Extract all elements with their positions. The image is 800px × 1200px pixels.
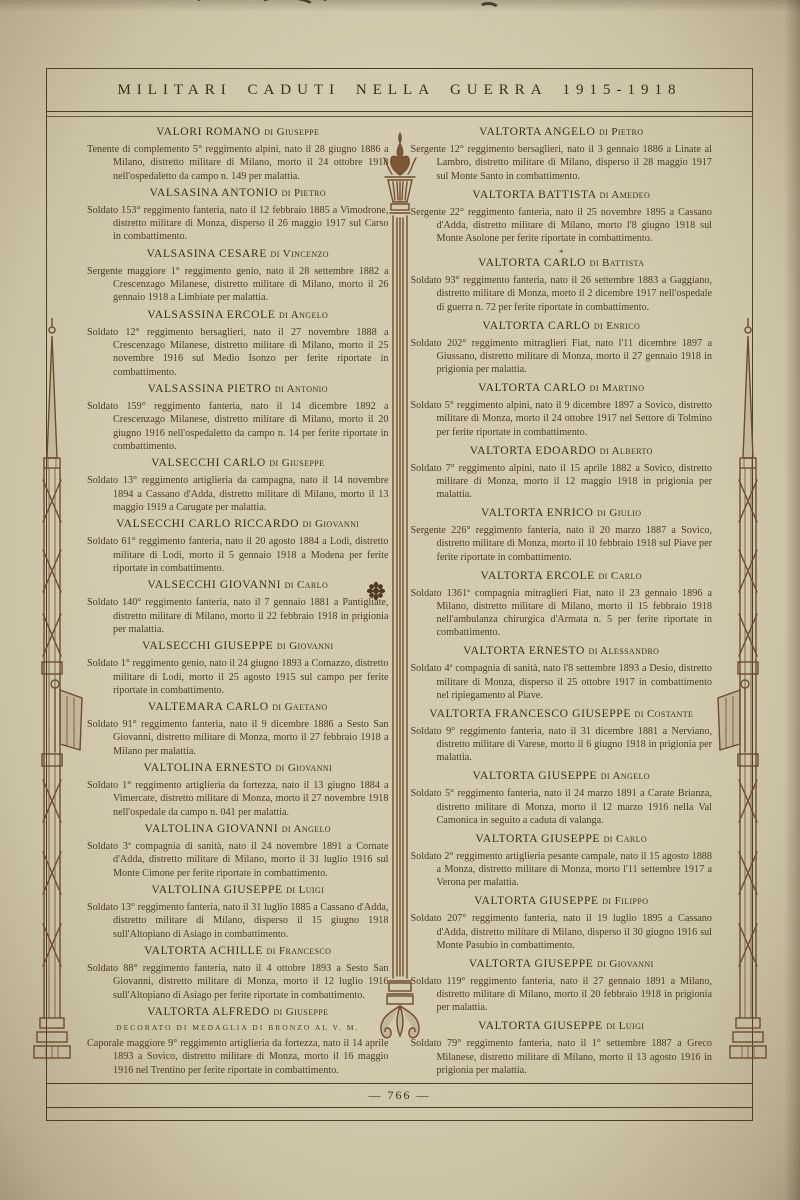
entry-heading: VALTORTA GIUSEPPE di Luigi	[411, 1019, 713, 1032]
entry-body-text: Soldato 2° reggimento artiglieria pesant…	[411, 850, 713, 890]
memorial-entry: VALTORTA ACHILLE di Francesco Soldato 88…	[87, 944, 389, 1002]
entry-body-text: Soldato 88° reggimento fanteria, nato il…	[87, 962, 389, 1002]
entry-body-text: Soldato 1° reggimento artiglieria da for…	[87, 779, 389, 819]
entry-body-text: Tenente di complemento 5° reggimento alp…	[87, 143, 389, 183]
memorial-entry: VALTORTA CARLO di Martino Soldato 5° reg…	[411, 381, 713, 439]
soldier-patronym: di Antonio	[275, 383, 328, 395]
page-border-frame: MILITARI CADUTI NELLA GUERRA 1915-1918 V…	[46, 68, 753, 1121]
entry-heading: VALTORTA ERCOLE di Carlo	[411, 569, 713, 582]
soldier-name: VALSASSINA PIETRO	[148, 382, 275, 395]
soldier-patronym: di Giuseppe	[269, 457, 324, 469]
entry-heading: VALTORTA ERNESTO di Alessandro	[411, 644, 713, 657]
soldier-name: VALSECCHI CARLO	[151, 456, 269, 469]
entry-heading: VALTORTA GIUSEPPE di Giovanni	[411, 957, 713, 970]
soldier-patronym: di Costante	[635, 708, 694, 720]
soldier-patronym: di Filippo	[602, 895, 648, 907]
soldier-patronym: di Giuseppe	[264, 126, 319, 138]
entry-body-text: Sergente 22° reggimento fanteria, nato i…	[411, 206, 713, 246]
memorial-entry: * VALTORTA CARLO di Battista Soldato 93°…	[411, 250, 713, 314]
soldier-patronym: di Vincenzo	[271, 248, 329, 260]
entry-body-text: Soldato 159° reggimento fanteria, nato i…	[87, 400, 389, 453]
entry-heading: VALTOLINA GIUSEPPE di Luigi	[87, 883, 389, 896]
soldier-name: VALTORTA ERNESTO	[463, 644, 588, 657]
entry-body-text: Sergente 12° reggimento bersaglieri, nat…	[411, 143, 713, 183]
memorial-entry: VALTORTA BATTISTA di Amedeo Sergente 22°…	[411, 188, 713, 246]
soldier-patronym: di Angelo	[601, 770, 650, 782]
memorial-entry: VALTOLINA ERNESTO di Giovanni Soldato 1°…	[87, 761, 389, 819]
entry-heading: VALSECCHI CARLO RICCARDO di Giovanni	[87, 517, 389, 530]
soldier-name: VALTOLINA GIUSEPPE	[151, 883, 286, 896]
entry-body-text: Sergente maggiore 1° reggimento genio, n…	[87, 265, 389, 305]
entry-body-text: Soldato 207° reggimento fanteria, nato i…	[411, 912, 713, 952]
soldier-patronym: di Giovanni	[277, 640, 334, 652]
entry-body-text: Soldato 13° reggimento fanteria, nato il…	[87, 901, 389, 941]
entry-body-text: Soldato 61° reggimento fanteria, nato il…	[87, 535, 389, 575]
entry-heading: VALTORTA ENRICO di Giulio	[411, 506, 713, 519]
memorial-entry: VALTORTA ERCOLE di Carlo Soldato 1361ª c…	[411, 569, 713, 640]
soldier-patronym: di Carlo	[604, 833, 648, 845]
memorial-entry: VALSECCHI GIOVANNI di Carlo Soldato 140°…	[87, 578, 389, 636]
soldier-name: VALTORTA BATTISTA	[472, 188, 599, 201]
entry-heading: VALTORTA CARLO di Martino	[411, 381, 713, 394]
soldier-patronym: di Battista	[590, 257, 645, 269]
entry-heading: VALSASSINA ERCOLE di Angelo	[87, 308, 389, 321]
memorial-entry: VALTORTA GIUSEPPE di Carlo Soldato 2° re…	[411, 832, 713, 890]
entry-heading: VALTORTA EDOARDO di Alberto	[411, 444, 713, 457]
soldier-name: VALSASSINA ERCOLE	[147, 308, 279, 321]
soldier-name: VALORI ROMANO	[156, 125, 264, 138]
soldier-patronym: di Angelo	[282, 823, 331, 835]
soldier-patronym: di Martino	[590, 382, 645, 394]
soldier-name: VALSECCHI GIOVANNI	[147, 578, 284, 591]
soldier-patronym: di Francesco	[267, 945, 332, 957]
soldier-name: VALSECCHI CARLO RICCARDO	[116, 517, 302, 530]
soldier-patronym: di Pietro	[282, 187, 326, 199]
entry-heading: VALTOLINA GIOVANNI di Angelo	[87, 822, 389, 835]
soldier-name: VALTORTA GIUSEPPE	[469, 957, 597, 970]
soldier-name: VALTORTA GIUSEPPE	[478, 1019, 606, 1032]
scanned-book-page: MILITARI CADUTI NELLA GUERRA 1915-1918 V…	[0, 0, 800, 1200]
memorial-entry: VALTORTA ANGELO di Pietro Sergente 12° r…	[411, 125, 713, 183]
soldier-patronym: di Giuseppe	[273, 1006, 328, 1018]
entry-body-text: Soldato 4ª compagnia di sanità, nato l'8…	[411, 662, 713, 702]
two-column-content: VALORI ROMANO di Giuseppe Tenente di com…	[87, 125, 712, 1077]
entry-body-text: Soldato 9° reggimento fanteria, nato il …	[411, 725, 713, 765]
soldier-name: VALTORTA GIUSEPPE	[475, 832, 603, 845]
soldier-patronym: di Carlo	[285, 579, 329, 591]
entry-heading: VALTORTA GIUSEPPE di Carlo	[411, 832, 713, 845]
soldier-name: VALTORTA CARLO	[478, 256, 590, 269]
entry-heading: VALTORTA GIUSEPPE di Filippo	[411, 894, 713, 907]
memorial-entry: VALSECCHI CARLO di Giuseppe Soldato 13° …	[87, 456, 389, 514]
soldier-name: VALSASINA CESARE	[147, 247, 271, 260]
entry-heading: VALSASINA ANTONIO di Pietro	[87, 186, 389, 199]
soldier-name: VALTORTA GIUSEPPE	[474, 894, 602, 907]
memorial-entry: VALSASSINA ERCOLE di Angelo Soldato 12° …	[87, 308, 389, 379]
entry-heading: VALTEMARA CARLO di Gaetano	[87, 700, 389, 713]
memorial-entry: VALTOLINA GIOVANNI di Angelo Soldato 3ª …	[87, 822, 389, 880]
soldier-name: VALSASINA ANTONIO	[149, 186, 281, 199]
soldier-name: VALTORTA FRANCESCO GIUSEPPE	[429, 707, 634, 720]
soldier-name: VALTORTA GIUSEPPE	[473, 769, 601, 782]
memorial-entry: VALTORTA GIUSEPPE di Filippo Soldato 207…	[411, 894, 713, 952]
right-column: VALTORTA ANGELO di Pietro Sergente 12° r…	[411, 125, 713, 1077]
entry-body-text: Soldato 13° reggimento artiglieria da ca…	[87, 474, 389, 514]
entry-heading: VALTORTA ANGELO di Pietro	[411, 125, 713, 138]
entry-heading: VALSECCHI GIUSEPPE di Giovanni	[87, 639, 389, 652]
soldier-patronym: di Giulio	[597, 507, 642, 519]
entry-heading: VALSECCHI CARLO di Giuseppe	[87, 456, 389, 469]
soldier-patronym: di Angelo	[279, 309, 328, 321]
memorial-entry: VALTORTA CARLO di Enrico Soldato 202° re…	[411, 319, 713, 377]
entry-heading: VALTORTA ACHILLE di Francesco	[87, 944, 389, 957]
soldier-name: VALTOLINA GIOVANNI	[145, 822, 282, 835]
soldier-name: VALTORTA ACHILLE	[144, 944, 266, 957]
soldier-patronym: di Alberto	[600, 445, 653, 457]
memorial-entry: VALTEMARA CARLO di Gaetano Soldato 91° r…	[87, 700, 389, 758]
soldier-patronym: di Alessandro	[589, 645, 660, 657]
soldier-name: VALTORTA ANGELO	[479, 125, 599, 138]
soldier-name: VALTORTA EDOARDO	[470, 444, 600, 457]
entry-heading: VALTORTA GIUSEPPE di Angelo	[411, 769, 713, 782]
soldier-patronym: di Luigi	[286, 884, 324, 896]
entry-heading: VALTOLINA ERNESTO di Giovanni	[87, 761, 389, 774]
soldier-patronym: di Giovanni	[275, 762, 332, 774]
entry-heading: VALSECCHI GIOVANNI di Carlo	[87, 578, 389, 591]
soldier-patronym: di Luigi	[606, 1020, 644, 1032]
page-edge-shading	[0, 0, 800, 12]
entry-body-text: Soldato 91° reggimento fanteria, nato il…	[87, 718, 389, 758]
entry-heading: VALTORTA BATTISTA di Amedeo	[411, 188, 713, 201]
entry-body-text: Soldato 119° reggimento fanteria, nato i…	[411, 975, 713, 1015]
soldier-name: VALTORTA ENRICO	[481, 506, 597, 519]
memorial-entry: VALTORTA ALFREDO di Giuseppe DECORATO DI…	[87, 1005, 389, 1077]
memorial-entry: VALTORTA ENRICO di Giulio Sergente 226° …	[411, 506, 713, 564]
entry-heading: VALORI ROMANO di Giuseppe	[87, 125, 389, 138]
memorial-entry: VALTORTA GIUSEPPE di Angelo Soldato 5° r…	[411, 769, 713, 827]
soldier-name: VALTOLINA ERNESTO	[143, 761, 275, 774]
memorial-entry: VALTORTA FRANCESCO GIUSEPPE di Costante …	[411, 707, 713, 765]
entry-body-text: Sergente 226° reggimento fanteria, nato …	[411, 524, 713, 564]
soldier-patronym: di Pietro	[599, 126, 643, 138]
soldier-patronym: di Carlo	[598, 570, 642, 582]
memorial-entry: VALORI ROMANO di Giuseppe Tenente di com…	[87, 125, 389, 183]
soldier-patronym: di Amedeo	[600, 189, 651, 201]
entry-body-text: Soldato 7° reggimento alpini, nato il 15…	[411, 462, 713, 502]
entry-heading: VALTORTA CARLO di Enrico	[411, 319, 713, 332]
memorial-entry: VALSASINA ANTONIO di Pietro Soldato 153°…	[87, 186, 389, 244]
memorial-entry: VALTORTA EDOARDO di Alberto Soldato 7° r…	[411, 444, 713, 502]
soldier-name: VALSECCHI GIUSEPPE	[142, 639, 277, 652]
entry-body-text: Soldato 12° reggimento bersaglieri, nato…	[87, 326, 389, 379]
entry-body-text: Soldato 93° reggimento fanteria, nato il…	[411, 274, 713, 314]
entry-heading: VALTORTA CARLO di Battista	[411, 256, 713, 269]
memorial-entry: VALSASINA CESARE di Vincenzo Sergente ma…	[87, 247, 389, 305]
memorial-entry: VALSECCHI GIUSEPPE di Giovanni Soldato 1…	[87, 639, 389, 697]
soldier-name: VALTORTA ALFREDO	[147, 1005, 273, 1018]
page-footer: — 766 —	[47, 1083, 752, 1108]
entry-body-text: Soldato 1361ª compagnia mitraglieri Fiat…	[411, 587, 713, 640]
entry-body-text: Soldato 5° reggimento fanteria, nato il …	[411, 787, 713, 827]
entry-body-text: Soldato 3ª compagnia di sanità, nato il …	[87, 840, 389, 880]
soldier-patronym: di Enrico	[594, 320, 640, 332]
page-number: — 766 —	[369, 1088, 431, 1103]
entry-body-text: Soldato 202° reggimento mitraglieri Fiat…	[411, 337, 713, 377]
page-title: MILITARI CADUTI NELLA GUERRA 1915-1918	[47, 82, 752, 99]
memorial-entry: VALTORTA GIUSEPPE di Luigi Soldato 79° r…	[411, 1019, 713, 1077]
left-column: VALORI ROMANO di Giuseppe Tenente di com…	[87, 125, 389, 1077]
soldier-patronym: di Giovanni	[303, 518, 360, 530]
memorial-entry: VALSECCHI CARLO RICCARDO di Giovanni Sol…	[87, 517, 389, 575]
memorial-entry: VALTORTA ERNESTO di Alessandro Soldato 4…	[411, 644, 713, 702]
entry-body-text: Soldato 79° reggimento fanteria, nato il…	[411, 1037, 713, 1077]
memorial-entry: VALTOLINA GIUSEPPE di Luigi Soldato 13° …	[87, 883, 389, 941]
soldier-name: VALTORTA ERCOLE	[481, 569, 599, 582]
entry-decoration-label: DECORATO DI MEDAGLIA DI BRONZO AL V. M.	[87, 1023, 389, 1032]
soldier-name: VALTEMARA CARLO	[148, 700, 272, 713]
soldier-name: VALTORTA CARLO	[478, 381, 590, 394]
memorial-entry: VALTORTA GIUSEPPE di Giovanni Soldato 11…	[411, 957, 713, 1015]
soldier-patronym: di Giovanni	[597, 958, 654, 970]
title-divider-rule	[47, 111, 752, 117]
page-edge-shading	[784, 0, 800, 1200]
entry-heading: VALTORTA FRANCESCO GIUSEPPE di Costante	[411, 707, 713, 720]
entry-body-text: Soldato 153° reggimento fanteria, nato i…	[87, 204, 389, 244]
soldier-patronym: di Gaetano	[272, 701, 327, 713]
memorial-entry: VALSASSINA PIETRO di Antonio Soldato 159…	[87, 382, 389, 453]
soldier-name: VALTORTA CARLO	[482, 319, 594, 332]
entry-body-text: Soldato 140° reggimento fanteria, nato i…	[87, 596, 389, 636]
entry-heading: VALSASINA CESARE di Vincenzo	[87, 247, 389, 260]
entry-heading: VALSASSINA PIETRO di Antonio	[87, 382, 389, 395]
entry-body-text: Soldato 1° reggimento genio, nato il 24 …	[87, 657, 389, 697]
entry-body-text: Caporale maggiore 9° reggimento artiglie…	[87, 1037, 389, 1077]
entry-body-text: Soldato 5° reggimento alpini, nato il 9 …	[411, 399, 713, 439]
entry-heading: VALTORTA ALFREDO di Giuseppe	[87, 1005, 389, 1018]
